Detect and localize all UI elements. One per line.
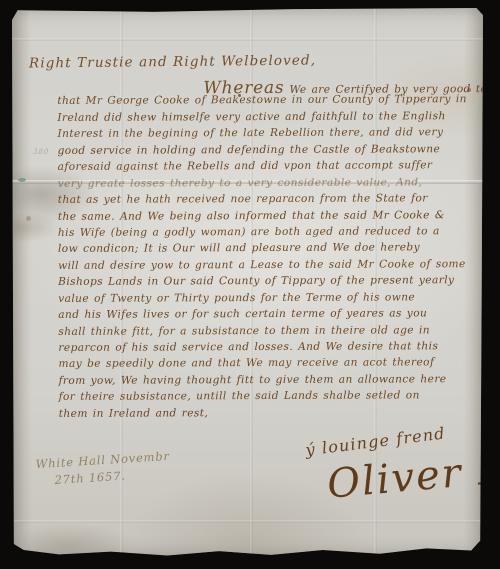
letter-line: for theire subsistance, untill the said … xyxy=(59,389,477,407)
letter-line: shall thinke fitt, for a subsistance to … xyxy=(58,324,476,342)
letter-line: Interest in the begining of the late Reb… xyxy=(57,126,475,144)
letter-paper: 380 Right Trustie and Right Welbeloved, … xyxy=(12,8,483,556)
fold-crease-horizontal xyxy=(12,38,483,41)
letter-line: may be speedily done and that We may rec… xyxy=(58,357,476,375)
letter-line: Bishops Lands in Our said County of Tipp… xyxy=(58,274,476,292)
letter-line: his Wife (being a godly woman) are both … xyxy=(58,225,476,243)
letter-line: from yow, We having thought fitt to give… xyxy=(59,373,477,391)
letter-line: and his Wifes lives or for such certain … xyxy=(58,307,476,325)
dateline: White Hall Novembr 27th 1657. xyxy=(35,448,171,490)
letter-line: low condicon; It is Our will and pleasur… xyxy=(58,241,476,259)
letter-body: Whereas We are Certifyed by very good te… xyxy=(57,77,477,424)
salutation: Right Trustie and Right Welbeloved, xyxy=(29,52,316,71)
letter-line: that as yet he hath received noe reparac… xyxy=(58,192,476,210)
pencil-mark: 380 xyxy=(33,148,49,156)
letter-line: will and desire yow to graunt a Lease to… xyxy=(58,258,476,276)
letter-line: them in Ireland and rest, xyxy=(59,406,477,424)
letter-line: that Mr George Cooke of Beakestowne in o… xyxy=(57,94,475,112)
fold-crease-horizontal xyxy=(12,520,483,523)
letter-line: good service in holding and defending th… xyxy=(58,143,476,161)
letter-line: reparcon of his said service and losses.… xyxy=(58,340,476,358)
letter-line: Ireland did shew himselfe very active an… xyxy=(57,110,475,128)
letter-line: Whereas We are Certifyed by very good te… xyxy=(57,77,475,95)
letter-line: value of Twenty or Thirty pounds for the… xyxy=(58,291,476,309)
letter-line: aforesaid against the Rebells and did vp… xyxy=(58,159,476,177)
letter-line: the same. And We being also informed tha… xyxy=(58,209,476,227)
photograph-background: 380 Right Trustie and Right Welbeloved, … xyxy=(0,0,500,569)
ink-speck xyxy=(18,178,26,182)
signature-oliver-p: Oliver P xyxy=(325,446,500,507)
letter-line: very greate losses thereby to a very con… xyxy=(58,176,476,194)
ink-speck xyxy=(26,216,31,221)
